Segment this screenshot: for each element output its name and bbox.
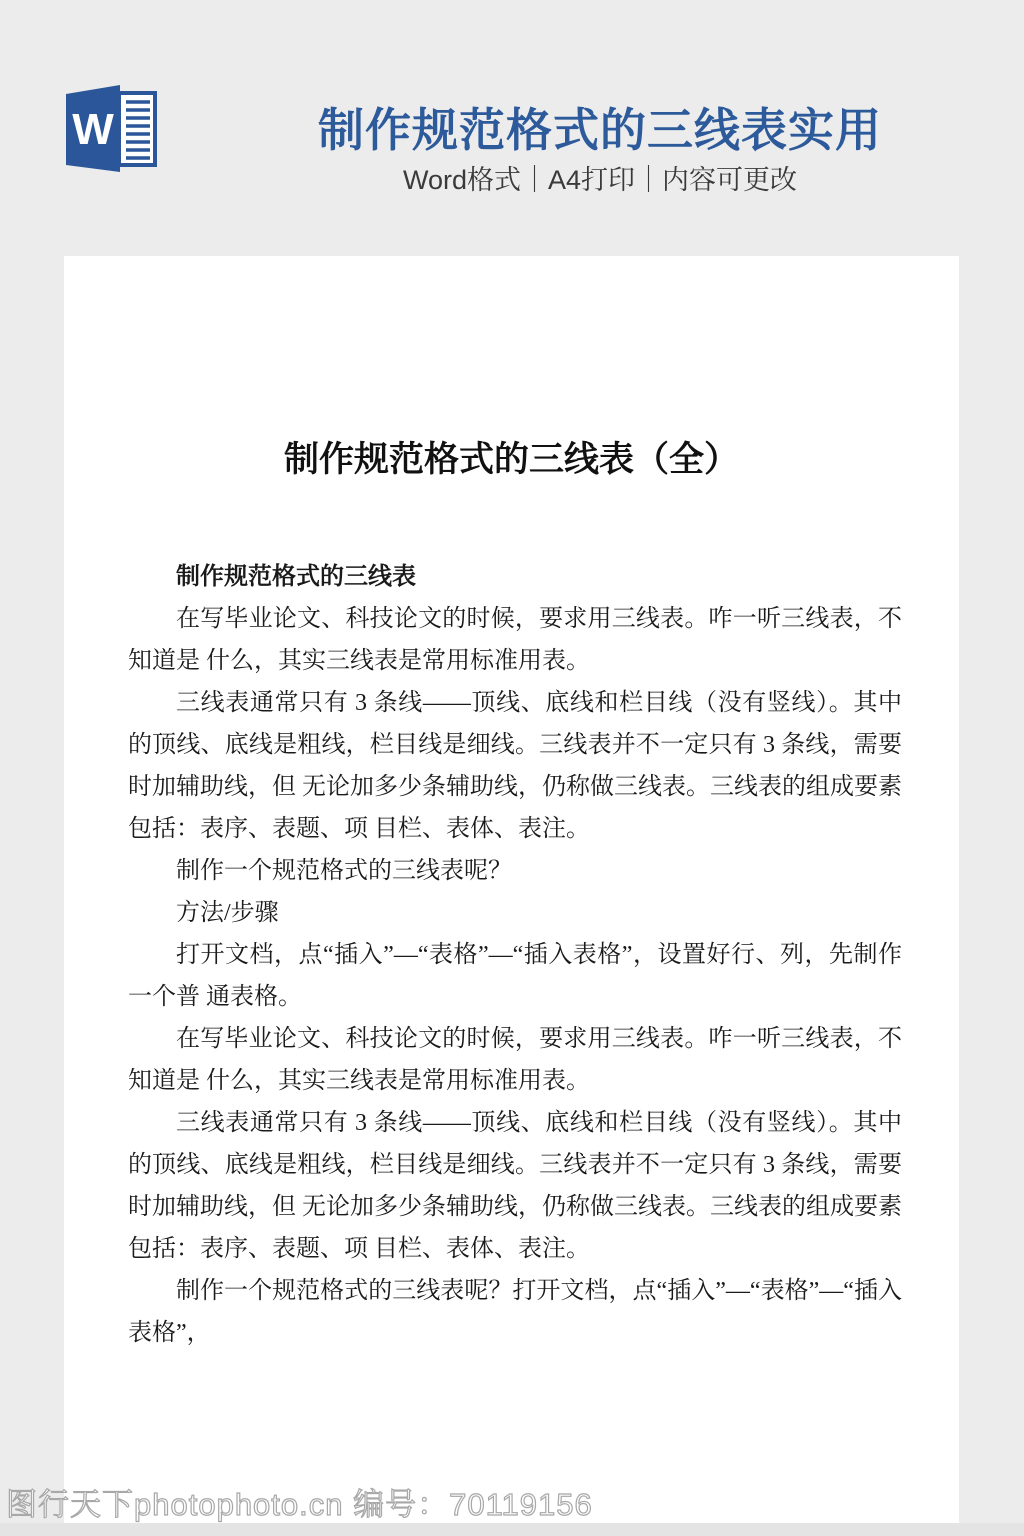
body-paragraph: 制作一个规范格式的三线表呢？打开文档，点“插入”—“表格”—“插入表格”，: [128, 1270, 902, 1354]
document-page: 制作规范格式的三线表（全） 制作规范格式的三线表 在写毕业论文、科技论文的时候，…: [64, 256, 959, 1536]
body-heading: 制作规范格式的三线表: [128, 556, 902, 598]
body-paragraph: 打开文档，点“插入”—“表格”—“插入表格”，设置好行、列，先制作一个普 通表格…: [128, 934, 902, 1018]
body-paragraph: 在写毕业论文、科技论文的时候，要求用三线表。咋一听三线表，不知道是 什么，其实三…: [128, 1018, 902, 1102]
preview-header: W 制作规范格式的三线表实用 Word格式｜A4打印｜内容可更改: [0, 0, 1024, 256]
word-icon-letter: W: [72, 105, 114, 154]
watermark-strip: [0, 1523, 1024, 1536]
template-title: 制作规范格式的三线表实用: [190, 94, 1010, 160]
word-icon-page: [119, 93, 155, 165]
word-icon: W: [62, 83, 162, 175]
body-paragraph: 三线表通常只有 3 条线——顶线、底线和栏目线（没有竖线）。其中的顶线、底线是粗…: [128, 682, 902, 850]
template-subtitle: Word格式｜A4打印｜内容可更改: [190, 158, 1010, 197]
document-title: 制作规范格式的三线表（全）: [64, 442, 959, 477]
watermark-text: 图行天下photophoto.cn 编号：70119156: [6, 1479, 593, 1524]
body-paragraph: 方法/步骤: [128, 892, 902, 934]
body-paragraph: 制作一个规范格式的三线表呢？: [128, 850, 902, 892]
document-body: 制作规范格式的三线表 在写毕业论文、科技论文的时候，要求用三线表。咋一听三线表，…: [64, 556, 959, 1354]
body-paragraph: 三线表通常只有 3 条线——顶线、底线和栏目线（没有竖线）。其中的顶线、底线是粗…: [128, 1102, 902, 1270]
body-paragraph: 在写毕业论文、科技论文的时候，要求用三线表。咋一听三线表，不知道是 什么，其实三…: [128, 598, 902, 682]
